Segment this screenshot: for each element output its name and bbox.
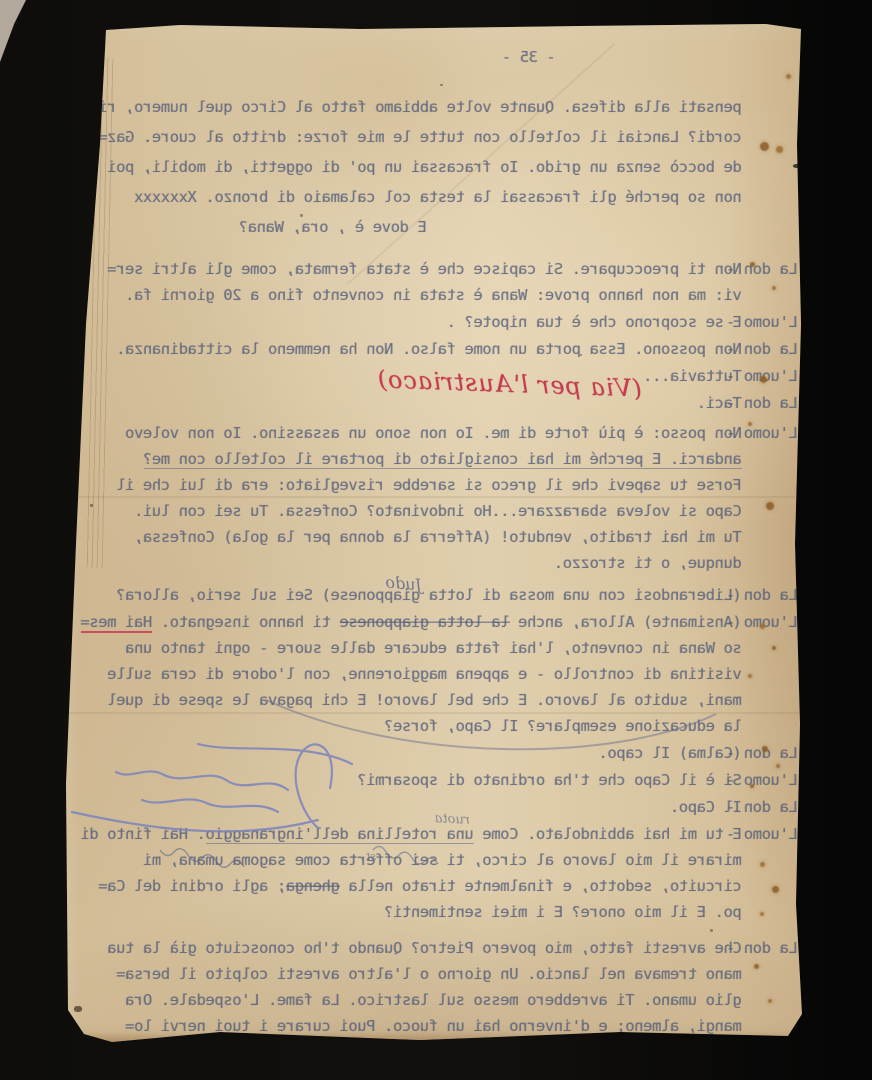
speaker-label: La don - <box>727 740 798 766</box>
speaker-label: L'uomo - <box>727 821 798 847</box>
rust-stain <box>750 784 754 788</box>
speaker-label: La don - <box>727 794 798 820</box>
mirrored-ink-layer: - 35 - pensati alla difesa. Quante volte… <box>60 24 842 1048</box>
dialogue-line: so Wana in convento, l'hai fatta educare… <box>60 635 742 661</box>
speaker-label: L'uomo - <box>727 309 798 335</box>
rust-stain <box>760 376 767 383</box>
pencil-note-ruota: ruota <box>434 811 470 828</box>
rust-stain <box>760 624 765 629</box>
pencil-note-illegible <box>154 854 246 872</box>
dialogue-entry: La don -Non ti preoccupare. Si capisce c… <box>60 256 842 308</box>
rust-stain <box>762 746 768 752</box>
rust-stain <box>772 646 776 650</box>
rust-stain <box>768 999 772 1003</box>
paper-speck <box>440 84 443 86</box>
dialogue-line: Capo si voleva sbarazzare...Ho indovinat… <box>60 498 742 524</box>
dialogue-entry: La don -Che avresti fatto, mio povero Pi… <box>60 935 842 1039</box>
rust-stain <box>766 502 774 510</box>
underlying-sheet-corner <box>0 0 26 62</box>
dialogue-line: visitina di controllo - e appena maggior… <box>60 661 742 687</box>
dialogue-line: dunque, o ti strozzo. <box>60 550 742 576</box>
rust-stain <box>772 886 779 893</box>
blue-ink-scribble <box>64 724 374 836</box>
dialogue-line: E se scoprono che è tua nipote? . <box>60 309 742 335</box>
rust-stain <box>760 912 764 916</box>
rust-stain <box>760 142 769 151</box>
scanned-photo: - 35 - pensati alla difesa. Quante volte… <box>0 0 872 1080</box>
rust-stain <box>776 764 780 768</box>
rust-stain <box>754 964 759 969</box>
paragraph-line: cordi? Lanciai il coltello con tutte le … <box>60 122 742 152</box>
speaker-label: La don - <box>727 336 798 362</box>
speaker-label: La don - <box>727 935 798 961</box>
dialogue-line: andarci. E perché mi hai consigliato di … <box>60 446 742 472</box>
pencil-note-illegible <box>360 852 440 868</box>
paper-speck <box>710 929 713 932</box>
dialogue-line: circuito, sedotto, e finalmente tirato n… <box>60 873 742 899</box>
paper-speck <box>74 1006 82 1012</box>
dialogue-entry: La don -Non possono. Essa porta un nome … <box>60 336 842 362</box>
paper-speck <box>793 164 802 168</box>
dialogue-line: glio umano. Ti avrebbero messo sul lastr… <box>60 987 742 1013</box>
dialogue-entry: L'uomo -Non posso: è più forte di me. Io… <box>60 420 842 576</box>
speaker-label: L'uomo - <box>727 609 798 635</box>
rust-stain <box>748 422 752 426</box>
dialogue-entry: La don -(Liberandosi con una mossa di lo… <box>60 582 842 608</box>
rust-stain <box>750 262 755 267</box>
speaker-label: La don - <box>727 582 798 608</box>
paragraph-line: de boccò senza un grido. Io fracassai un… <box>60 152 742 182</box>
speaker-label: L'uomo - <box>727 420 798 446</box>
dialogue-line: vi: ma non hanno prove: Wana è stata in … <box>60 282 742 308</box>
dialogue-line: (Ansimante) Allora, anche la lotta giapp… <box>60 609 742 635</box>
dialogue-entry: L'uomo -E tu mi hai abbindolato. Come un… <box>60 821 842 925</box>
rust-stain <box>748 674 752 678</box>
dialogue-line: Non ti preoccupare. Si capisce che è sta… <box>60 256 742 282</box>
rust-stain <box>786 74 791 79</box>
paragraph-line-indented: E dove è , ora, Wana? <box>60 212 427 242</box>
paragraph-line: non so perché gli fracassai la testa col… <box>60 182 742 212</box>
paper-speck <box>90 504 93 507</box>
dialogue-line: po. E il mio onore? E i miei sentimenti? <box>60 899 742 925</box>
typescript-page-verso: - 35 - pensati alla difesa. Quante volte… <box>60 24 842 1048</box>
page-number: - 35 - <box>60 48 556 66</box>
dialogue-line: Forse tu sapevi che il greco si sarebbe … <box>60 472 742 498</box>
paragraph-line: pensati alla difesa. Quante volte abbiam… <box>60 92 742 122</box>
pencil-note-judo: Judo <box>385 572 423 594</box>
dialogue-line: mano tremava nel lancio. Un giorno o l'a… <box>60 961 742 987</box>
dialogue-line: Non possono. Essa porta un nome falso. N… <box>60 336 742 362</box>
paper-speck <box>300 214 303 217</box>
dialogue-line: Tu mi hai tradito, venduto! (Afferra la … <box>60 524 742 550</box>
rust-stain <box>772 286 776 290</box>
dialogue-entry: L'uomo -E se scoprono che è tua nipote? … <box>60 309 842 335</box>
continuation-paragraph: pensati alla difesa. Quante volte abbiam… <box>60 92 742 242</box>
rust-stain <box>776 146 783 153</box>
speaker-label: La don - <box>727 256 798 282</box>
speaker-label: La don - <box>727 390 798 416</box>
rust-stain <box>760 862 765 867</box>
speaker-label: L'uomo - <box>727 767 798 793</box>
worn-bottom-edge <box>60 1032 842 1048</box>
paper-speck <box>580 354 582 356</box>
dialogue-line: Che avresti fatto, mio povero Pietro? Qu… <box>60 935 742 961</box>
dialogue-line: Non posso: è più forte di me. Io non son… <box>60 420 742 446</box>
